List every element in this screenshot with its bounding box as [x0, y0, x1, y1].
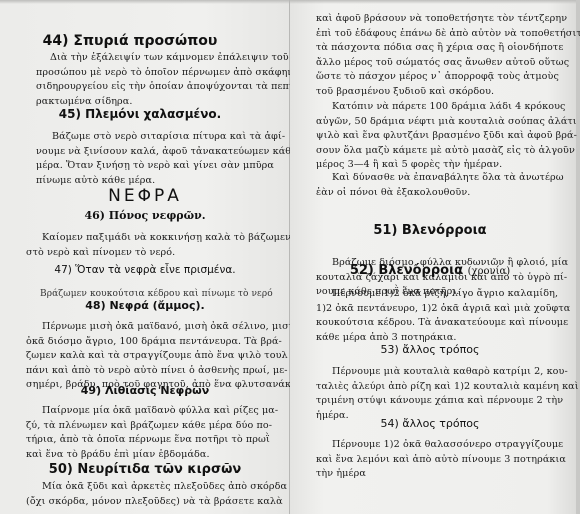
text-line: αὐγῶν, 50 δράμια νέφτι μιὰ κουταλιὰ σούπ… [316, 115, 542, 130]
heading-45: 45) Πλεμόνι χαλασμένο. [0, 107, 280, 121]
paragraph-2: Κατόπιν νὰ πάρετε 100 δράμια λάδι 4 κρόκ… [316, 100, 542, 173]
text-line: Βάζωμε στὸ νερὸ σιταρίσια πίτυρα καὶ τὰ … [36, 130, 258, 145]
text-line: ζύ, τὰ πλένωμεν καὶ βράζωμεν κάθε μέρα δ… [26, 419, 258, 434]
text-line: Πέρνουμε 1)2 ὀκᾶ θαλασσόνερο στραγγίζουμ… [316, 438, 542, 453]
text-line: ἄλλο μέρος τοῦ σώματός σας ἄνωθεν αὐτοῦ … [316, 56, 542, 71]
section-45-body: Βάζωμε στὸ νερὸ σιταρίσια πίτυρα καὶ τὰ … [36, 130, 258, 188]
heading-54: 54) ἄλλος τρόπος [290, 417, 570, 430]
text-line: Κατόπιν νὰ πάρετε 100 δράμια λάδι 4 κρόκ… [316, 100, 542, 115]
heading-44: 44) Σπυριά προσώπου [0, 33, 260, 49]
section-48-body: Πέρνωμε μισὴ ὀκᾶ μαϊδανό, μισὴ ὀκᾶ σέλιν… [26, 320, 258, 393]
right-page: καὶ ἀφοῦ βράσουν νὰ τοποθετήσητε τὸν τέν… [290, 0, 580, 514]
text-line: Πέρνουμε 1)2 ὀκᾶ ρίζη, λίγο ἄγριο καλαμί… [316, 287, 542, 302]
section-53-body: Πέρνουμε μιὰ κουταλιὰ καθαρὸ κατρίμι 2, … [316, 365, 542, 423]
heading-48: 48) Νεφρά (ἄμμος). [0, 299, 290, 312]
text-line: πάνι καὶ ἀπὸ τὸ νερὸ αὐτὸ πίνει ὁ ἀσθενὴ… [26, 364, 258, 379]
text-line: σουν ὅλα μαζὺ κάμετε μὲ αὐτὸ μασὰζ εἰς τ… [316, 144, 542, 159]
text-line: ψιλὸ καὶ ἕνα φλυτζάνι βρασμένο ξῦδι καὶ … [316, 129, 542, 144]
paragraph-3: Καὶ δύνασθε νὰ ἐπαναβάλητε ὅλα τὰ ἀνωτέρ… [316, 171, 542, 200]
text-line: προσώπου μὲ νερὸ τὸ ὁποῖον πέρνωμεν ἀπὸ … [36, 66, 262, 81]
section-44-body: Διὰ τὴν ἐξάλειψίν των κάμνομεν ἐπάλειψιν… [50, 51, 262, 109]
text-line: τοῦ βρασμένου ξυδιοῦ καὶ σκόρδου. [316, 85, 542, 100]
heading-52-title: 52) Βλενόρροια [350, 263, 463, 278]
text-line: τριμένη στύψι κάνουμε χάπια καὶ πέρνουμε… [316, 394, 542, 409]
book-spread: 44) Σπυριά προσώπου Διὰ τὴν ἐξάλειψίν τω… [0, 0, 580, 514]
text-line: καὶ ἕνα τὸ βράδυ ἐπὶ μίαν ἑβδομάδα. [26, 448, 258, 463]
heading-47: 47) Ὅταν τὰ νεφρὰ εἶνε πρισμένα. [0, 264, 290, 276]
text-line: ἐπὶ τοῦ ἐδάφους ἐπάνω δὲ ἀπὸ αὐτὸν νὰ το… [316, 27, 542, 42]
text-line: ἐὰν οἱ πόνοι θὰ ἐξακολουθοῦν. [316, 186, 542, 201]
text-line: ὀκᾶ διόσμο ἄγριο, 100 δράμια πεντάνευρα.… [26, 335, 258, 350]
text-line: Παίρνομε μία ὀκᾶ μαϊδανὸ φύλλα καὶ ρίζες… [26, 404, 258, 419]
heading-51: 51) Βλενόρροια [290, 223, 570, 238]
text-line: κουκούτσια κέδρου. Τὰ ἀνακατεύουμε καὶ π… [316, 316, 542, 331]
section-52-body: Πέρνουμε 1)2 ὀκᾶ ρίζη, λίγο ἄγριο καλαμί… [316, 287, 542, 345]
text-line: Καὶ δύνασθε νὰ ἐπαναβάλητε ὅλα τὰ ἀνωτέρ… [316, 171, 542, 186]
text-line: τὴν ἡμέρα [316, 467, 542, 482]
text-line: Καίομεν παξιμάδι νὰ κοκκινήσῃ καλὰ τὸ βά… [26, 231, 258, 246]
chapter-title: ΝΕΦΡΑ [0, 186, 290, 206]
text-line: μέρα. Ὅταν ξινήσῃ τὸ νερὸ καὶ γίνει σὰν … [36, 159, 258, 174]
section-49-body: Παίρνομε μία ὀκᾶ μαϊδανὸ φύλλα καὶ ρίζες… [26, 404, 258, 462]
text-line: ζωμεν καλὰ καὶ τὰ στραγγίζουμε ἀπὸ ἕνα ψ… [26, 349, 258, 364]
text-line: ταλιὲς ἀλεύρι ἀπὸ ρίζη καὶ 1)2 κουταλιὰ … [316, 380, 542, 395]
page-top-shadow [290, 0, 576, 4]
text-line: τήρια, ἀπὸ τὰ ὁποῖα πέρνωμε ἕνα ποτῆρι τ… [26, 433, 258, 448]
text-line: καὶ ἕνα λεμόνι καὶ ἀπὸ αὐτὸ πίνουμε 3 πο… [316, 453, 542, 468]
text-line: ὥστε τὸ πάσχον μέρος ν᾽ ἀπορροφᾷ τοὺς ἀτ… [316, 70, 542, 85]
section-50-body: Μία ὀκᾶ ξῦδι καὶ ἀρκετὲς πλεξοῦδες ἀπὸ σ… [26, 480, 258, 509]
text-line: καὶ ἀφοῦ βράσουν νὰ τοποθετήσητε τὸν τέν… [316, 12, 542, 27]
text-line: νουμε νὰ ξινίσουν καλά, ἀφοῦ τἀνακατεύωμ… [36, 145, 258, 160]
text-line: στὸ νερὸ καὶ πίνομεν τὸ νερό. [26, 246, 258, 261]
left-page: 44) Σπυριά προσώπου Διὰ τὴν ἐξάλειψίν τω… [0, 0, 290, 514]
heading-53: 53) ἄλλος τρόπος [290, 343, 570, 356]
text-line: Διὰ τὴν ἐξάλειψίν των κάμνομεν ἐπάλειψιν… [36, 51, 262, 66]
continuation-body: καὶ ἀφοῦ βράσουν νὰ τοποθετήσητε τὸν τέν… [316, 12, 542, 100]
section-46-body: Καίομεν παξιμάδι νὰ κοκκινήσῃ καλὰ τὸ βά… [26, 231, 258, 260]
section-54-body: Πέρνουμε 1)2 ὀκᾶ θαλασσόνερο στραγγίζουμ… [316, 438, 542, 482]
page-top-shadow [0, 0, 289, 4]
text-line: τὰ πάσχοντα πόδια σας ἢ χέρια σας ἢ οἱον… [316, 41, 542, 56]
text-line: (ὄχι σκόρδα, μόνον πλεξοῦδες) νὰ τὰ βράσ… [26, 495, 258, 510]
text-line: 1)2 ὀκᾶ πεντάνευρο, 1)2 ὀκᾶ ἀγριᾶ καὶ μι… [316, 302, 542, 317]
text-line: Πέρνουμε μιὰ κουταλιὰ καθαρὸ κατρίμι 2, … [316, 365, 542, 380]
text-line: Μία ὀκᾶ ξῦδι καὶ ἀρκετὲς πλεξοῦδες ἀπὸ σ… [26, 480, 258, 495]
heading-52: 52) Βλενόρροια (χρονία) [290, 263, 570, 278]
text-line: σιδηρουργείου εἰς τὴν ὁποίαν ἀποψύχονται… [36, 80, 262, 95]
heading-52-sub: (χρονία) [468, 266, 511, 277]
heading-46: 46) Πόνος νεφρῶν. [0, 209, 290, 222]
heading-49: 49) Λιθίασις Νεφρῶν [0, 384, 290, 397]
text-line: Πέρνωμε μισὴ ὀκᾶ μαϊδανό, μισὴ ὀκᾶ σέλιν… [26, 320, 258, 335]
heading-50: 50) Νευρίτιδα τῶν κιρσῶν [0, 462, 290, 477]
